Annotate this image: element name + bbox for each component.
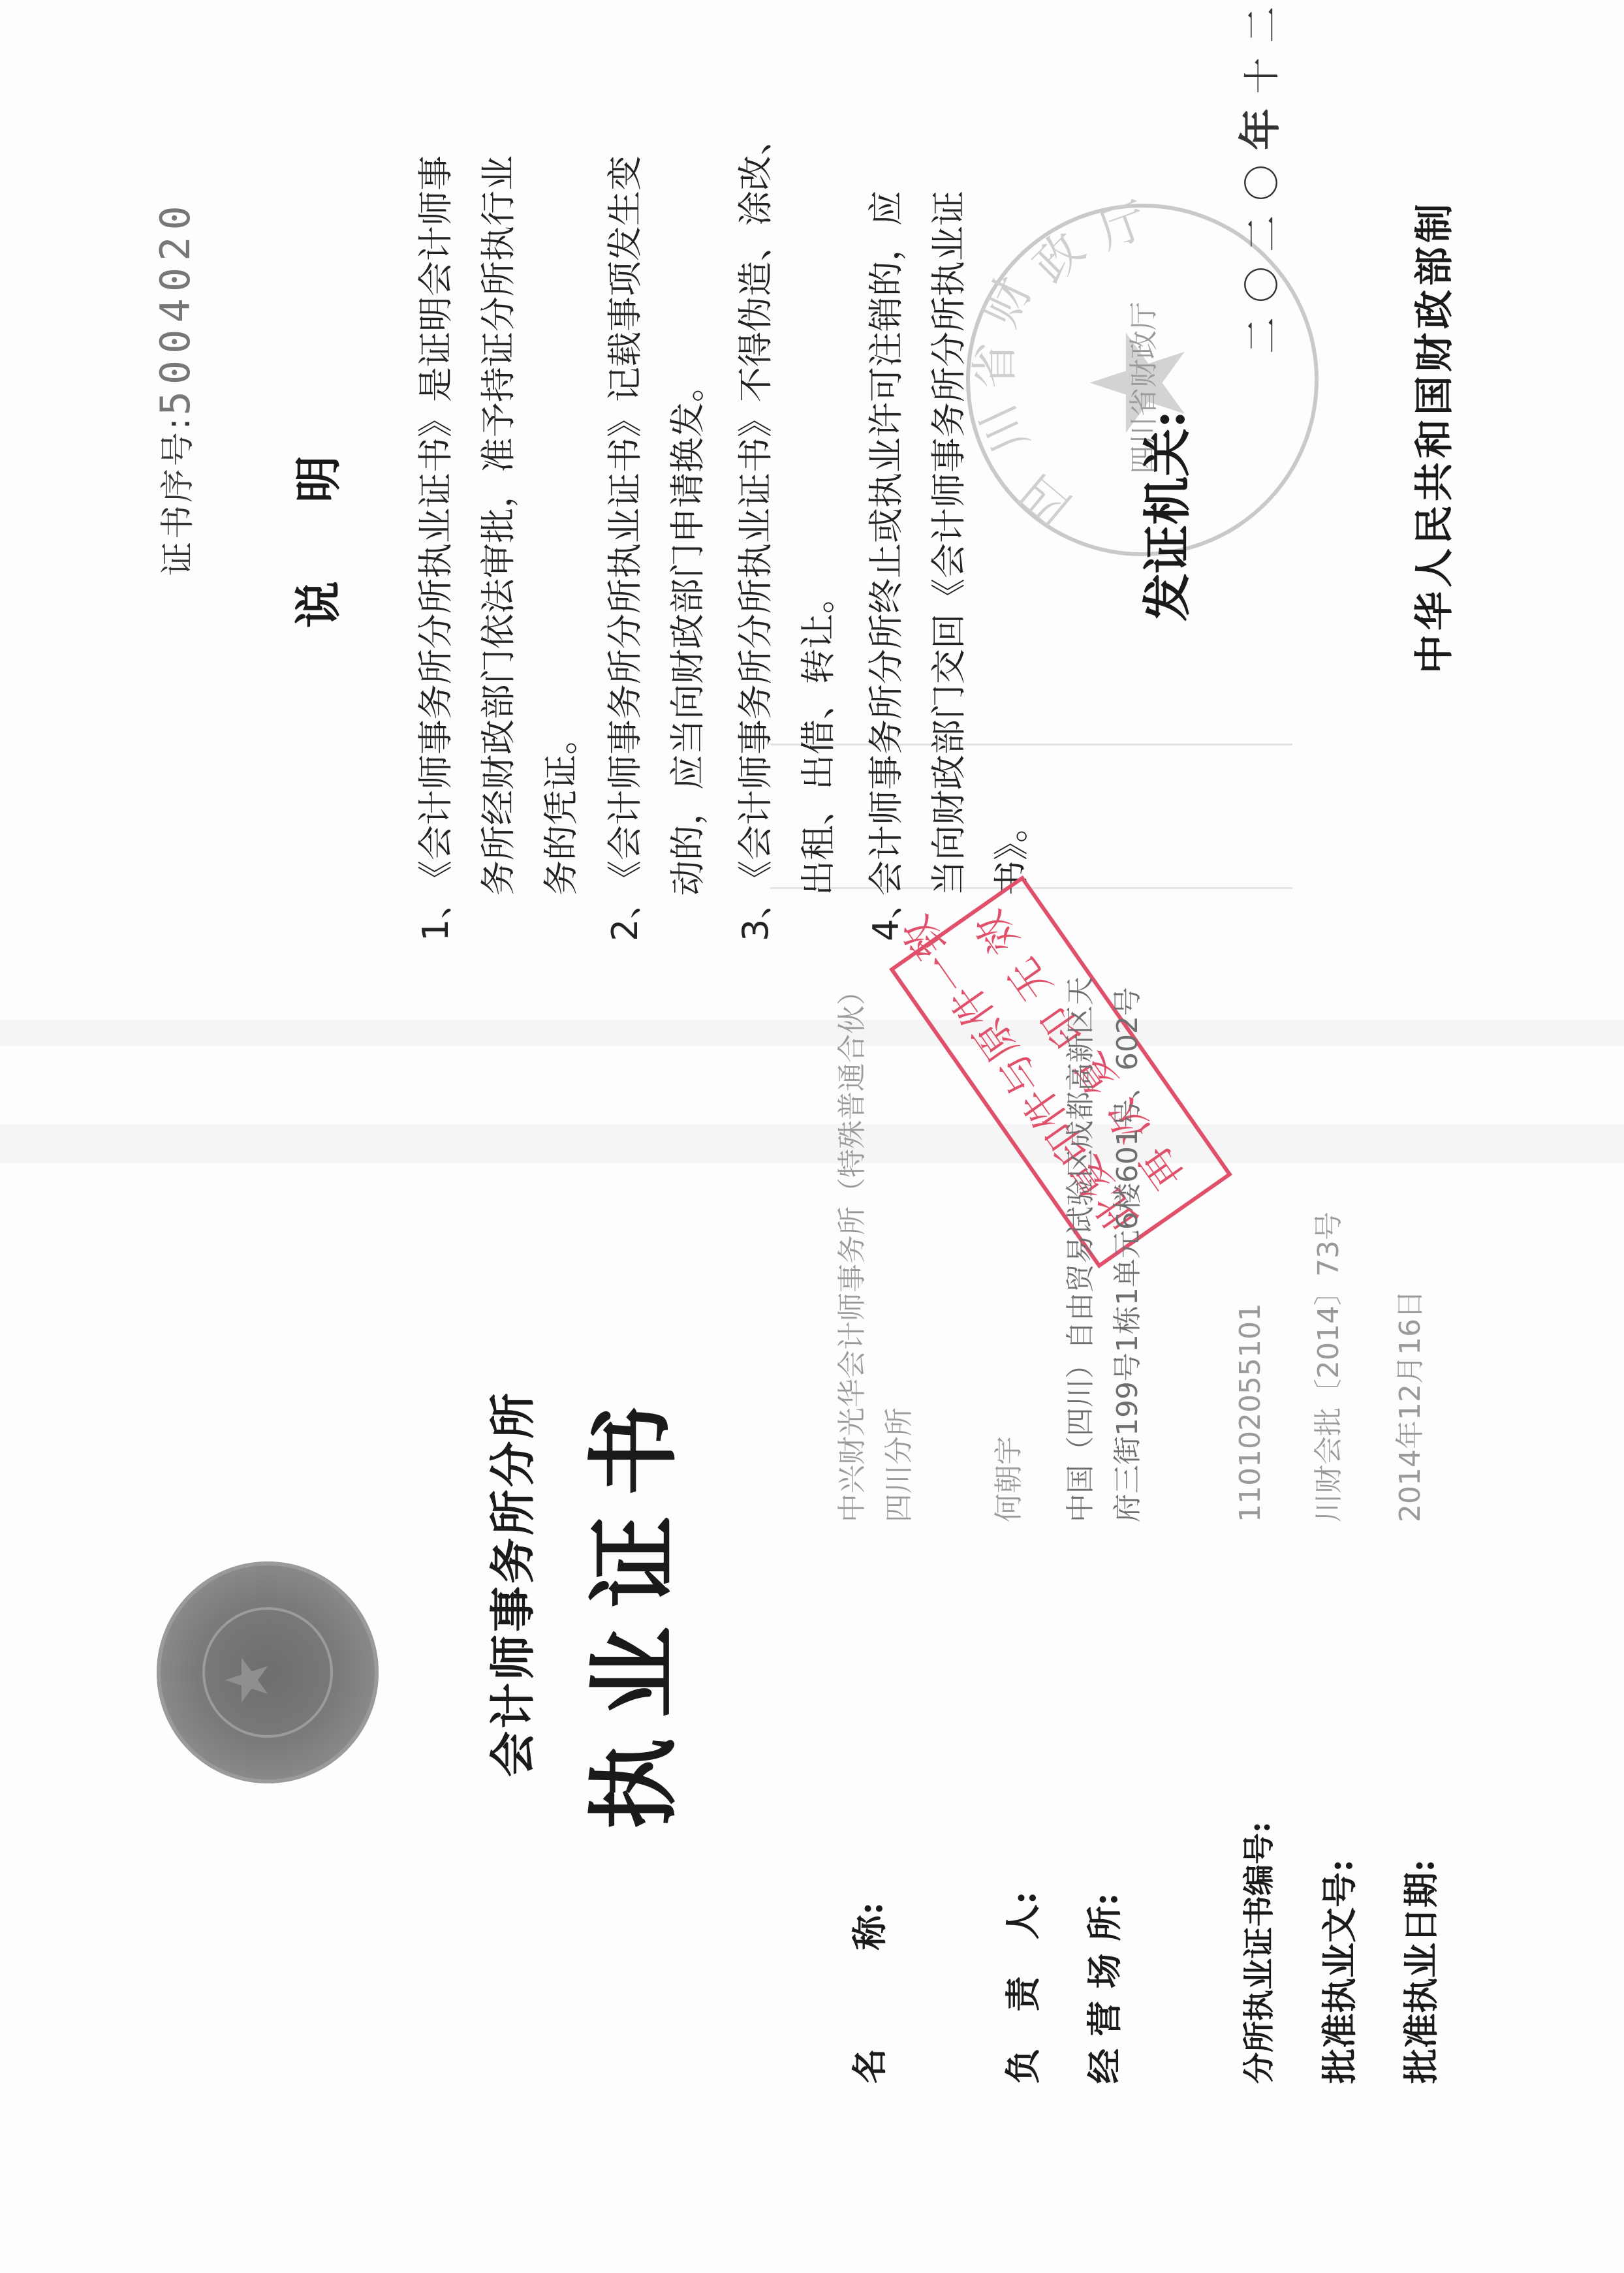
field-value-approval-date: 2014年12月16日: [1387, 1290, 1434, 1522]
field-value-name: 中兴财光华会计师事务所（特殊普通合伙） 四川分所: [829, 977, 923, 1522]
note-item-2: 2、《会计师事务所分所执业证书》记载事项发生变 动的，应当向财政部门申请换发。: [594, 155, 719, 941]
field-label-approval-doc: 批准执业文号:: [1312, 1859, 1362, 2084]
issue-date: 二〇二〇年十二月十一日: [1227, 0, 1287, 354]
scan-artifact-band: [0, 1124, 1624, 1163]
field-label-name: 名 称:: [842, 1902, 892, 2084]
field-label-cert-number: 分所执业证书编号:: [1234, 1821, 1279, 2084]
field-label-principal: 负 责 人:: [995, 1891, 1046, 2084]
issuer-label: 发证机关:: [1129, 411, 1198, 621]
certificate-serial: 证书序号:5004020: [150, 199, 199, 576]
serial-label: 证书序号:: [159, 415, 198, 576]
certificate-subtitle: 会计师事务所分所: [476, 1390, 542, 1777]
field-value-premises: 中国（四川）自由贸易试验区成都高新区天 府三街199号1栋1单元6楼601号、6…: [1057, 977, 1151, 1522]
certificate-scan: 证书序号:5004020 说明 1、《会计师事务所分所执业证书》是证明会计师事 …: [0, 0, 1624, 2273]
note-item-1: 1、《会计师事务所分所执业证书》是证明会计师事 务所经财政部门依法审批，准予持证…: [405, 155, 593, 941]
scan-artifact-band: [0, 1020, 1624, 1046]
certificate-title: 执业证书: [561, 1385, 693, 1829]
national-emblem-icon: ★: [157, 1561, 379, 1783]
ministry-imprint: 中华人民共和国财政部制: [1403, 200, 1460, 674]
field-value-approval-doc: 川财会批〔2014〕73号: [1305, 1212, 1352, 1522]
notes-title: 说明: [281, 377, 349, 628]
field-value-cert-number: 110102055101: [1227, 1303, 1274, 1522]
field-value-principal: 何朝宇: [986, 1436, 1033, 1522]
note-item-3: 3、《会计师事务所分所执业证书》不得伪造、涂改、 出租、出借、转让。: [725, 120, 850, 941]
field-label-approval-date: 批准执业日期:: [1394, 1859, 1444, 2084]
serial-number: 5004020: [151, 199, 199, 415]
field-label-premises: 经 营 场 所:: [1077, 1893, 1127, 2084]
